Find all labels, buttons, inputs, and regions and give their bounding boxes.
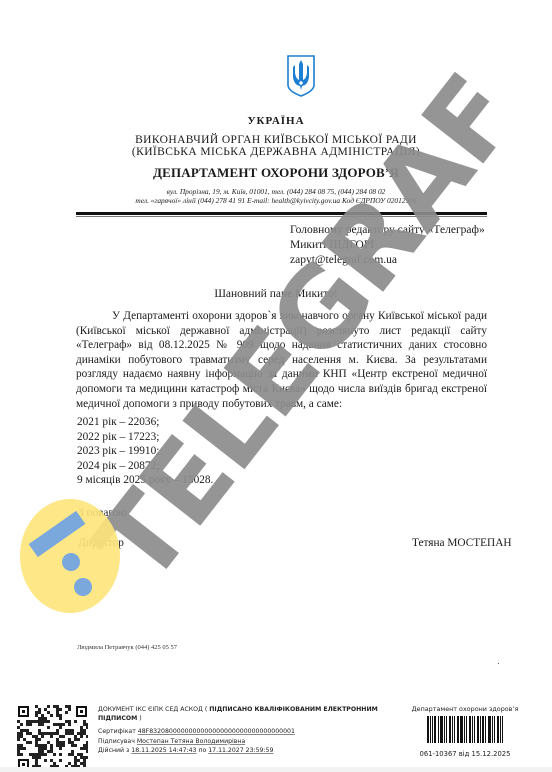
valid-from: 18.11.2025 14:47:43 bbox=[131, 747, 196, 754]
stat-item: 9 місяців 2025 року – 15028. bbox=[77, 473, 213, 488]
body-paragraph: У Департаменті охорони здоров`я виконавч… bbox=[76, 309, 487, 411]
recipient-email: zapyt@telegraf.com.ua bbox=[290, 253, 485, 268]
barcode-icon bbox=[427, 716, 504, 743]
header-divider-thin bbox=[76, 216, 487, 217]
signer-row: Підписувач Мостепан Тетяна Володимирівна bbox=[98, 737, 378, 747]
signer-name: Тетяна МОСТЕПАН bbox=[412, 537, 512, 549]
address-line: вул. Прорізна, 19, м. Київ, 01001, тел. … bbox=[0, 187, 552, 196]
registration-block: Департамент охорони здоров’я 061-10367 в… bbox=[385, 705, 545, 758]
letter-body: У Департаменті охорони здоров`я виконавч… bbox=[76, 309, 487, 411]
signature-title: ДОКУМЕНТ ІКС ЄІПК СЕД АСКОД ( ПІДПИСАНО … bbox=[98, 705, 378, 723]
recipient-name: Микиті ПІДГОРІ bbox=[290, 238, 485, 253]
stat-item: 2022 рік – 17223; bbox=[77, 430, 213, 445]
recipient-block: Головному редактору сайту «Телеграф» Мик… bbox=[290, 223, 485, 268]
salutation: Шановний пане Микито! bbox=[0, 288, 552, 300]
dot-mark bbox=[498, 663, 499, 664]
header-divider bbox=[76, 212, 487, 215]
certificate-row: Сертифікат 48F83208000000000000000000000… bbox=[98, 727, 378, 737]
stat-item: 2021 рік – 22036; bbox=[77, 415, 213, 430]
department-name: ДЕПАРТАМЕНТ ОХОРОНИ ЗДОРОВ’Я bbox=[0, 165, 552, 181]
registration-department: Департамент охорони здоров’я bbox=[385, 705, 545, 713]
page-bottom-edge bbox=[0, 767, 552, 772]
document-page: УКРАЇНА ВИКОНАВЧИЙ ОРГАН КИЇВСЬКОЇ МІСЬК… bbox=[0, 0, 552, 772]
signer-position: Директор bbox=[78, 537, 124, 549]
organization-subtitle: (КИЇВСЬКА МІСЬКА ДЕРЖАВНА АДМІНІСТРАЦІЯ) bbox=[0, 146, 552, 158]
registration-number: 061-10367 від 15.12.2025 bbox=[385, 750, 545, 758]
ukraine-trident-icon bbox=[287, 55, 315, 97]
signer-value: Мостепан Тетяна Володимирівна bbox=[137, 738, 245, 745]
recipient-title: Головному редактору сайту «Телеграф» bbox=[290, 223, 485, 238]
validity-row: Дійсний з 18.11.2025 14:47:43 по 17.11.2… bbox=[98, 746, 378, 756]
stat-item: 2024 рік – 20872; bbox=[77, 459, 213, 474]
executor-contact: Людмила Петравчук (044) 425 05 57 bbox=[77, 644, 177, 651]
organization-name: ВИКОНАВЧИЙ ОРГАН КИЇВСЬКОЇ МІСЬКОЇ РАДИ bbox=[0, 134, 552, 146]
country-name: УКРАЇНА bbox=[0, 115, 552, 127]
certificate-value: 48F8320800000000000000000000000000000001 bbox=[138, 728, 295, 735]
valid-to: 17.11.2027 23:59:59 bbox=[208, 747, 273, 754]
stat-item: 2023 рік – 19910; bbox=[77, 444, 213, 459]
signature-info: ДОКУМЕНТ ІКС ЄІПК СЕД АСКОД ( ПІДПИСАНО … bbox=[98, 705, 378, 756]
qr-code-icon bbox=[17, 705, 88, 771]
closing-regards: З повагою bbox=[78, 507, 127, 519]
statistics-list: 2021 рік – 22036; 2022 рік – 17223; 2023… bbox=[77, 415, 213, 488]
contacts-line: тел. «гарячої» лінії (044) 278 41 91 E-m… bbox=[0, 196, 552, 205]
